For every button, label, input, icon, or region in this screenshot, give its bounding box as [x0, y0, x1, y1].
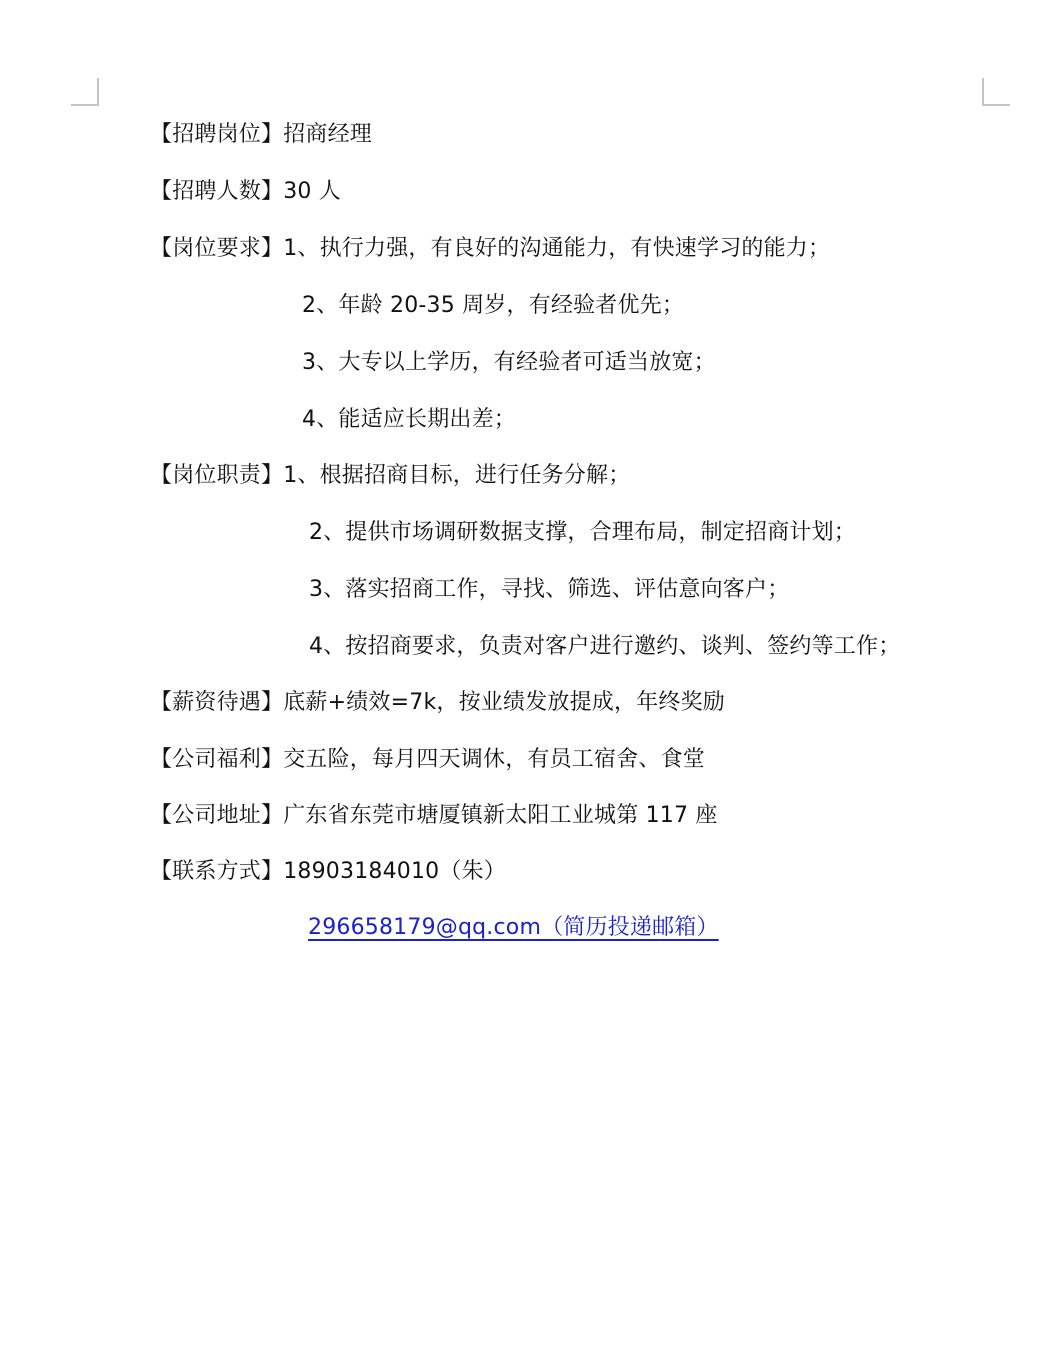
- benefits-line: 【公司福利】交五险，每月四天调休，有员工宿舍、食堂: [150, 745, 705, 775]
- address-label: 【公司地址】: [150, 803, 283, 828]
- headcount-label: 【招聘人数】: [150, 179, 283, 204]
- requirements-line-1: 【岗位要求】1、执行力强，有良好的沟通能力，有快速学习的能力；: [150, 234, 830, 264]
- duty-item: 4、按招商要求，负责对客户进行邀约、谈判、签约等工作；: [309, 632, 900, 662]
- address-value: 广东省东莞市塘厦镇新太阳工业城第 117 座: [283, 803, 717, 828]
- benefits-label: 【公司福利】: [150, 747, 283, 772]
- contact-label: 【联系方式】: [150, 859, 283, 884]
- duty-item: 3、落实招商工作，寻找、筛选、评估意向客户；: [309, 575, 789, 605]
- contact-line: 【联系方式】18903184010（朱）: [150, 857, 506, 887]
- position-label: 【招聘岗位】: [150, 122, 283, 147]
- headcount-line: 【招聘人数】30 人: [150, 177, 341, 207]
- duty-item: 1、根据招商目标，进行任务分解；: [283, 463, 630, 488]
- address-line: 【公司地址】广东省东莞市塘厦镇新太阳工业城第 117 座: [150, 801, 718, 831]
- page-corner-mark-top-left: [71, 78, 99, 106]
- salary-label: 【薪资待遇】: [150, 690, 283, 715]
- salary-value: 底薪+绩效=7k，按业绩发放提成，年终奖励: [283, 690, 725, 715]
- benefits-value: 交五险，每月四天调休，有员工宿舍、食堂: [283, 747, 705, 772]
- requirement-item: 1、执行力强，有良好的沟通能力，有快速学习的能力；: [283, 236, 830, 261]
- requirement-item: 4、能适应长期出差；: [302, 405, 516, 435]
- salary-line: 【薪资待遇】底薪+绩效=7k，按业绩发放提成，年终奖励: [150, 688, 725, 718]
- duty-item: 2、提供市场调研数据支撑，合理布局，制定招商计划；: [309, 518, 856, 548]
- requirement-item: 3、大专以上学历，有经验者可适当放宽；: [302, 348, 716, 378]
- requirement-item: 2、年龄 20-35 周岁，有经验者优先；: [302, 291, 684, 321]
- email-link[interactable]: 296658179@qq.com（简历投递邮箱）: [308, 915, 719, 940]
- duties-label: 【岗位职责】: [150, 463, 283, 488]
- headcount-value: 30 人: [283, 179, 341, 204]
- position-line: 【招聘岗位】招商经理: [150, 120, 372, 150]
- position-value: 招商经理: [283, 122, 372, 147]
- contact-value: 18903184010（朱）: [283, 859, 506, 884]
- email-line: 296658179@qq.com（简历投递邮箱）: [308, 913, 719, 943]
- requirements-label: 【岗位要求】: [150, 236, 283, 261]
- duties-line-1: 【岗位职责】1、根据招商目标，进行任务分解；: [150, 461, 630, 491]
- page-corner-mark-top-right: [982, 78, 1010, 106]
